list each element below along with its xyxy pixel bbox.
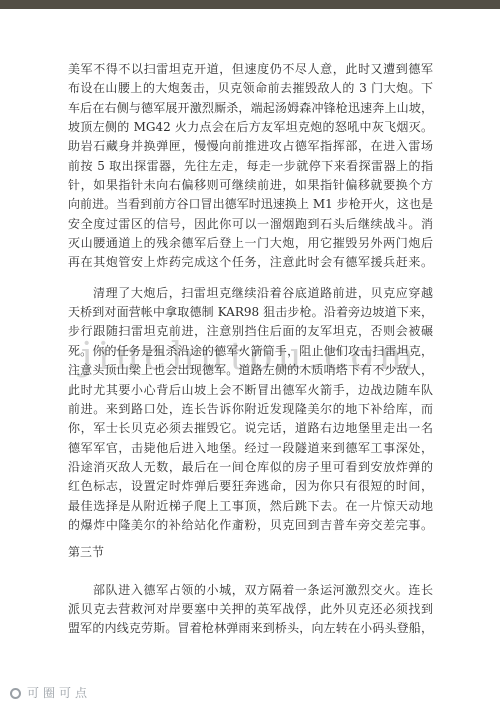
text-line: 助岩石藏身并换弹匣，慢慢向前推进攻占德军指挥部，在进入雷场	[68, 137, 433, 156]
text-line: 布设在山腰上的大炮轰击，贝克领命前去摧毁敌人的 3 门大炮。下	[68, 79, 433, 98]
text-line: 前进。来到路口处，连长告诉你附近发现隆美尔的地下补给库，而	[68, 400, 433, 419]
text-line: 天桥到对面营帐中拿取德制 KAR98 狙击步枪。沿着旁边坡道下来，	[68, 303, 433, 322]
paragraph: 美军不得不以扫雷坦克开道，但速度仍不尽人意，此时又遭到德军布设在山腰上的大炮轰击…	[68, 60, 433, 273]
paragraph: 部队进入德军占领的小城，双方隔着一条运河激烈交火。连长派贝克去营救河对岸要塞中关…	[68, 581, 433, 639]
text-line: 坡顶左侧的 MG42 火力点会在后方友军坦克炮的怒吼中灰飞烟灭。借	[68, 118, 433, 137]
text-line: 部队进入德军占领的小城，双方隔着一条运河激烈交火。连长	[68, 581, 433, 600]
text-line: 德军军官，击毙他后进入地堡。经过一段隧道来到德军工事深处，	[68, 439, 433, 458]
paragraph: 清理了大炮后，扫雷坦克继续沿着谷底道路前进，贝克应穿越天桥到对面营帐中拿取德制 …	[68, 284, 433, 535]
text-line: 你，军士长贝克必须去摧毁它。说完话，道路右边地堡里走出一名	[68, 419, 433, 438]
text-line: 沿途消灭敌人无数，最后在一间仓库似的房子里可看到安放炸弹的	[68, 458, 433, 477]
document-page: jinchutou.com 美军不得不以扫雷坦克开道，但速度仍不尽人意，此时又遭…	[0, 0, 500, 708]
text-line: 最佳选择是从附近梯子爬上工事顶，然后跳下去。在一片惊天动地	[68, 497, 433, 516]
text-line: 美军不得不以扫雷坦克开道，但速度仍不尽人意，此时又遭到德军	[68, 60, 433, 79]
top-bar	[0, 0, 500, 9]
text-line: 红色标志，设置定时炸弹后要狂奔逃命，因为你只有很短的时间，	[68, 477, 433, 496]
text-line: 步行跟随扫雷坦克前进，注意别挡住后面的友军坦克，否则会被碾	[68, 322, 433, 341]
text-line: 此时尤其要小心背后山坡上会不断冒出德军火箭手，边战边随车队	[68, 381, 433, 400]
section-heading: 第三节	[68, 543, 433, 562]
text-line: 针，如果指针未向右偏移则可继续前进，如果指针偏移就要换个方	[68, 176, 433, 195]
text-line: 安全度过雷区的信号，因此你可以一溜烟跑到石头后继续战斗。消	[68, 215, 433, 234]
footer-watermark-text: 可圈可点	[27, 685, 91, 701]
text-line: 死。你的任务是狙杀沿途的德军火箭筒手，阻止他们攻击扫雷坦克，	[68, 342, 433, 361]
text-line: 的爆炸中隆美尔的补给站化作齑粉，贝克回到吉普车旁交差完事。	[68, 516, 433, 535]
text-line: 注意头顶山梁上也会出现德军。道路左侧的木质哨塔下有不少敌人，	[68, 361, 433, 380]
text-line: 派贝克去营救河对岸要塞中关押的英军战俘，此外贝克还必须找到	[68, 600, 433, 619]
footer-watermark: 可圈可点	[10, 685, 91, 701]
text-line: 再在其炮管安上炸药完成这个任务，注意此时会有德军援兵赶来。	[68, 253, 433, 272]
text-line: 盟军的内线克劳斯。冒着枪林弹雨来到桥头，向左转在小码头登船，	[68, 619, 433, 638]
document-body: 美军不得不以扫雷坦克开道，但速度仍不尽人意，此时又遭到德军布设在山腰上的大炮轰击…	[68, 60, 433, 639]
text-line: 清理了大炮后，扫雷坦克继续沿着谷底道路前进，贝克应穿越	[68, 284, 433, 303]
text-line: 前按 5 取出探雷器，先往左走，每走一步就停下来看探雷器上的指	[68, 157, 433, 176]
text-line: 灭山腰通道上的残余德军后登上一门大炮，用它摧毁另外两门炮后	[68, 234, 433, 253]
circle-logo-icon	[10, 688, 21, 699]
text-line: 向前进。当看到前方谷口冒出德军时迅速换上 M1 步枪开火，这也是	[68, 195, 433, 214]
text-line: 车后在右侧与德军展开激烈厮杀，端起汤姆森冲锋枪迅速奔上山坡，	[68, 99, 433, 118]
